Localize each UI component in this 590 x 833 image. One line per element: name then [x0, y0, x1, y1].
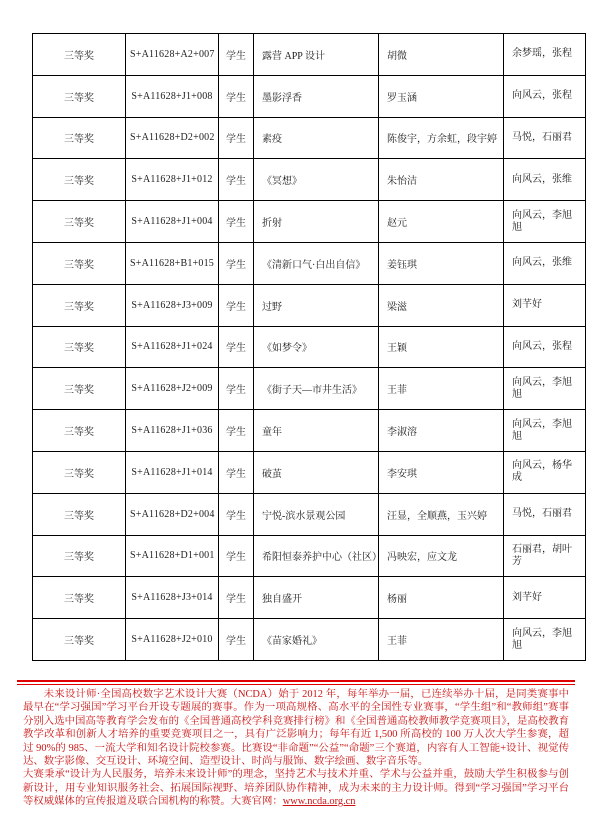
advisors-cell: 余梦瑶，张程: [504, 34, 586, 76]
award-cell: 三等奖: [33, 75, 126, 117]
work-title-cell: 素疫: [254, 117, 379, 159]
award-cell: 三等奖: [33, 201, 126, 243]
award-cell: 三等奖: [33, 535, 126, 577]
identity-cell: 学生: [219, 159, 254, 201]
work-title-cell: 《清新口气·白出自信》: [254, 242, 379, 284]
award-cell: 三等奖: [33, 451, 126, 493]
entry-code-cell: S+A11628+D2+004: [126, 493, 219, 535]
award-cell: 三等奖: [33, 577, 126, 619]
identity-cell: 学生: [219, 451, 254, 493]
entry-code-cell: S+A11628+J1+014: [126, 451, 219, 493]
award-cell: 三等奖: [33, 117, 126, 159]
work-title-cell: 童年: [254, 410, 379, 452]
table-row: 三等奖 S+A11628+D2+002 学生 素疫 陈俊宇，方余虹，段宇婷 马悦…: [33, 117, 586, 159]
table-row: 三等奖 S+A11628+D1+001 学生 希阳恒泰养护中心（社区） 冯映宏，…: [33, 535, 586, 577]
authors-cell: 李淑溶: [379, 410, 504, 452]
identity-cell: 学生: [219, 34, 254, 76]
table-row: 三等奖 S+A11628+A2+007 学生 露营 APP 设计 胡微 余梦瑶，…: [33, 34, 586, 76]
table-row: 三等奖 S+A11628+J2+009 学生 《街子天—市井生活》 王菲 向风云…: [33, 368, 586, 410]
identity-cell: 学生: [219, 410, 254, 452]
authors-cell: 赵元: [379, 201, 504, 243]
award-cell: 三等奖: [33, 493, 126, 535]
work-title-cell: 独自盛开: [254, 577, 379, 619]
entry-code-cell: S+A11628+J1+004: [126, 201, 219, 243]
table-row: 三等奖 S+A11628+J1+036 学生 童年 李淑溶 向风云，李旭旭: [33, 410, 586, 452]
entry-code-cell: S+A11628+J1+036: [126, 410, 219, 452]
authors-cell: 姜钰琪: [379, 242, 504, 284]
competition-intro: 未来设计师·全国高校数字艺术设计大赛（NCDA）始于 2012 年，每年举办一届…: [23, 688, 569, 809]
table-row: 三等奖 S+A11628+J3+009 学生 过野 梁滋 刘芊好: [33, 284, 586, 326]
work-title-cell: 破茧: [254, 451, 379, 493]
authors-cell: 杨丽: [379, 577, 504, 619]
identity-cell: 学生: [219, 493, 254, 535]
award-cell: 三等奖: [33, 619, 126, 661]
identity-cell: 学生: [219, 326, 254, 368]
advisors-cell: 刘芊好: [504, 577, 586, 619]
work-title-cell: 露营 APP 设计: [254, 34, 379, 76]
identity-cell: 学生: [219, 368, 254, 410]
work-title-cell: 希阳恒泰养护中心（社区）: [254, 535, 379, 577]
award-cell: 三等奖: [33, 284, 126, 326]
identity-cell: 学生: [219, 535, 254, 577]
authors-cell: 罗玉涵: [379, 75, 504, 117]
authors-cell: 王菲: [379, 368, 504, 410]
work-title-cell: 《冥想》: [254, 159, 379, 201]
authors-cell: 王菲: [379, 619, 504, 661]
authors-cell: 朱怡洁: [379, 159, 504, 201]
advisors-cell: 向风云，杨华成: [504, 451, 586, 493]
award-cell: 三等奖: [33, 34, 126, 76]
table-row: 三等奖 S+A11628+J1+008 学生 墨影浮香 罗玉涵 向风云，张程: [33, 75, 586, 117]
authors-cell: 梁滋: [379, 284, 504, 326]
identity-cell: 学生: [219, 284, 254, 326]
advisors-cell: 向风云，李旭旭: [504, 368, 586, 410]
entry-code-cell: S+A11628+J2+009: [126, 368, 219, 410]
advisors-cell: 向风云，李旭旭: [504, 619, 586, 661]
identity-cell: 学生: [219, 242, 254, 284]
work-title-cell: 宁悦-滨水景观公园: [254, 493, 379, 535]
table-row: 三等奖 S+A11628+J1+012 学生 《冥想》 朱怡洁 向风云，张维: [33, 159, 586, 201]
identity-cell: 学生: [219, 201, 254, 243]
identity-cell: 学生: [219, 75, 254, 117]
authors-cell: 胡微: [379, 34, 504, 76]
advisors-cell: 向风云，张维: [504, 242, 586, 284]
advisors-cell: 刘芊好: [504, 284, 586, 326]
table-row: 三等奖 S+A11628+J3+014 学生 独自盛开 杨丽 刘芊好: [33, 577, 586, 619]
table-row: 三等奖 S+A11628+B1+015 学生 《清新口气·白出自信》 姜钰琪 向…: [33, 242, 586, 284]
table-row: 三等奖 S+A11628+J2+010 学生 《苗家婚礼》 王菲 向风云，李旭旭: [33, 619, 586, 661]
competition-intro-paragraph-1: 未来设计师·全国高校数字艺术设计大赛（NCDA）始于 2012 年，每年举办一届…: [23, 688, 569, 768]
entry-code-cell: S+A11628+J2+010: [126, 619, 219, 661]
authors-cell: 冯映宏，应文龙: [379, 535, 504, 577]
entry-code-cell: S+A11628+B1+015: [126, 242, 219, 284]
advisors-cell: 向风云，张程: [504, 75, 586, 117]
award-cell: 三等奖: [33, 368, 126, 410]
award-cell: 三等奖: [33, 159, 126, 201]
advisors-cell: 向风云，李旭旭: [504, 201, 586, 243]
award-cell: 三等奖: [33, 242, 126, 284]
identity-cell: 学生: [219, 117, 254, 159]
entry-code-cell: S+A11628+J1+008: [126, 75, 219, 117]
authors-cell: 汪显，全顺燕，玉兴婷: [379, 493, 504, 535]
awards-table: 三等奖 S+A11628+A2+007 学生 露营 APP 设计 胡微 余梦瑶，…: [32, 33, 586, 661]
table-row: 三等奖 S+A11628+D2+004 学生 宁悦-滨水景观公园 汪显，全顺燕，…: [33, 493, 586, 535]
award-cell: 三等奖: [33, 326, 126, 368]
entry-code-cell: S+A11628+D2+002: [126, 117, 219, 159]
advisors-cell: 向风云，李旭旭: [504, 410, 586, 452]
entry-code-cell: S+A11628+D1+001: [126, 535, 219, 577]
work-title-cell: 《如梦令》: [254, 326, 379, 368]
identity-cell: 学生: [219, 577, 254, 619]
work-title-cell: 折射: [254, 201, 379, 243]
work-title-cell: 《街子天—市井生活》: [254, 368, 379, 410]
authors-cell: 陈俊宇，方余虹，段宇婷: [379, 117, 504, 159]
red-double-rule: [17, 680, 575, 685]
advisors-cell: 马悦，石丽君: [504, 117, 586, 159]
advisors-cell: 向风云，张维: [504, 159, 586, 201]
entry-code-cell: S+A11628+J1+012: [126, 159, 219, 201]
entry-code-cell: S+A11628+J3+009: [126, 284, 219, 326]
work-title-cell: 《苗家婚礼》: [254, 619, 379, 661]
entry-code-cell: S+A11628+J1+024: [126, 326, 219, 368]
competition-intro-paragraph-2: 大赛秉承“设计为人民服务，培养未来设计师”的理念，坚持艺术与技术并重、学术与公益…: [23, 768, 569, 808]
award-cell: 三等奖: [33, 410, 126, 452]
advisors-cell: 马悦，石丽君: [504, 493, 586, 535]
table-row: 三等奖 S+A11628+J1+024 学生 《如梦令》 王颖 向风云，张程: [33, 326, 586, 368]
authors-cell: 李安琪: [379, 451, 504, 493]
table-row: 三等奖 S+A11628+J1+004 学生 折射 赵元 向风云，李旭旭: [33, 201, 586, 243]
advisors-cell: 向风云，张程: [504, 326, 586, 368]
table-row: 三等奖 S+A11628+J1+014 学生 破茧 李安琪 向风云，杨华成: [33, 451, 586, 493]
entry-code-cell: S+A11628+J3+014: [126, 577, 219, 619]
ncda-website-link[interactable]: www.ncda.org.cn: [283, 796, 356, 807]
entry-code-cell: S+A11628+A2+007: [126, 34, 219, 76]
awards-table-body: 三等奖 S+A11628+A2+007 学生 露营 APP 设计 胡微 余梦瑶，…: [33, 34, 586, 661]
identity-cell: 学生: [219, 619, 254, 661]
authors-cell: 王颖: [379, 326, 504, 368]
work-title-cell: 墨影浮香: [254, 75, 379, 117]
advisors-cell: 石丽君，胡叶芳: [504, 535, 586, 577]
document-page: 三等奖 S+A11628+A2+007 学生 露营 APP 设计 胡微 余梦瑶，…: [0, 0, 590, 833]
work-title-cell: 过野: [254, 284, 379, 326]
